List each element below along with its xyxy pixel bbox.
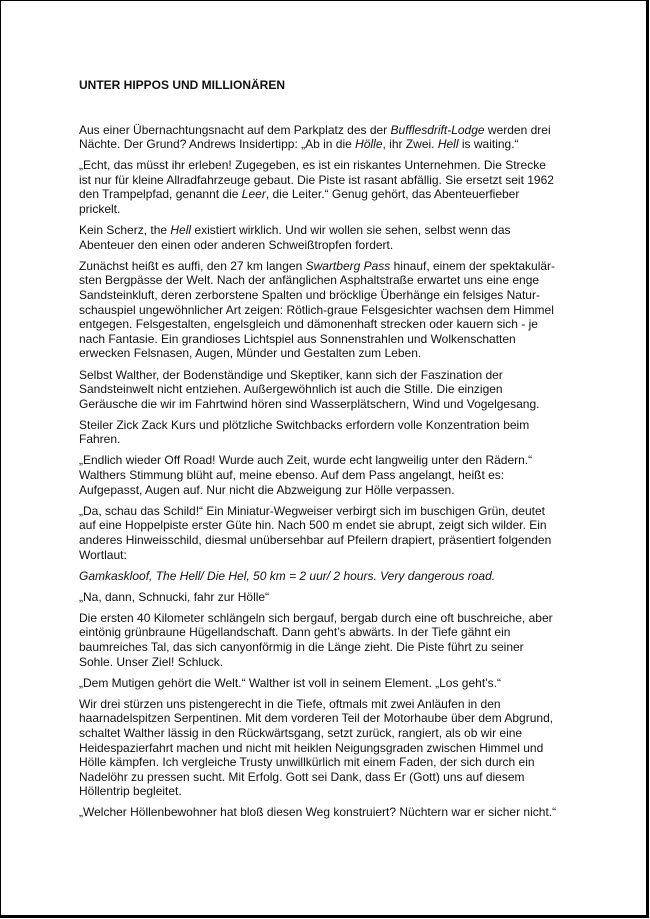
text-segment: , ihr Zwei. [383, 137, 438, 151]
italic-text-segment: Swartberg Pass [306, 259, 391, 273]
paragraph: „Echt, das müsst ihr erleben! Zugegeben,… [79, 158, 559, 216]
italic-text-segment: Bufflesdrift-Lodge [391, 123, 485, 137]
italic-text-segment: Hell [170, 223, 191, 237]
paragraph: Zunächst heißt es auffi, den 27 km lange… [79, 259, 559, 361]
paragraph: „Na, dann, Schnucki, fahr zur Hölle“ [79, 590, 559, 605]
document-page: UNTER HIPPOS UND MILLIONÄREN Aus einer Ü… [0, 0, 649, 918]
italic-text-segment: Hell [438, 137, 459, 151]
document-content: UNTER HIPPOS UND MILLIONÄREN Aus einer Ü… [79, 78, 559, 827]
text-segment: „Endlich wieder Off Road! Wurde auch Zei… [79, 453, 532, 496]
text-segment: „Dem Mutigen gehört die Welt.“ Walther i… [79, 676, 501, 690]
paragraph: „Da, schau das Schild!“ Ein Miniatur-Weg… [79, 504, 559, 562]
text-segment: Die ersten 40 Kilometer schlängeln sich … [79, 611, 553, 669]
document-title: UNTER HIPPOS UND MILLIONÄREN [79, 78, 559, 93]
paragraph-list: Aus einer Übernachtungsnacht auf dem Par… [79, 123, 559, 820]
text-segment: Zunächst heißt es auffi, den 27 km lange… [79, 259, 306, 273]
paragraph: Steiler Zick Zack Kurs und plötzliche Sw… [79, 418, 559, 447]
text-segment: is waiting.“ [459, 137, 519, 151]
paragraph: Wir drei stürzen uns pistengerecht in di… [79, 697, 559, 799]
text-segment: Wir drei stürzen uns pistengerecht in di… [79, 697, 553, 799]
text-segment: „Na, dann, Schnucki, fahr zur Hölle“ [79, 590, 269, 604]
paragraph: „Endlich wieder Off Road! Wurde auch Zei… [79, 453, 559, 497]
text-segment: Kein Scherz, the [79, 223, 170, 237]
paragraph: Gamkaskloof, The Hell/ Die Hel, 50 km = … [79, 569, 559, 584]
italic-text-segment: Hölle [355, 137, 382, 151]
text-segment: „Welcher Höllenbewohner hat bloß diesen … [79, 805, 556, 819]
text-segment: „Da, schau das Schild!“ Ein Miniatur-Weg… [79, 504, 551, 562]
paragraph: Die ersten 40 Kilometer schlängeln sich … [79, 611, 559, 669]
text-segment: Selbst Walther, der Bodenständige und Sk… [79, 368, 539, 411]
paragraph: „Welcher Höllenbewohner hat bloß diesen … [79, 805, 559, 820]
text-segment: hinauf, einem der spektakulär-sten Bergp… [79, 259, 555, 361]
italic-text-segment: Leer [242, 187, 266, 201]
paragraph: Kein Scherz, the Hell existiert wirklich… [79, 223, 559, 252]
italic-text-segment: Gamkaskloof, The Hell/ Die Hel, 50 km = … [79, 569, 495, 583]
paragraph: „Dem Mutigen gehört die Welt.“ Walther i… [79, 676, 559, 691]
paragraph: Selbst Walther, der Bodenständige und Sk… [79, 368, 559, 412]
text-segment: Aus einer Übernachtungsnacht auf dem Par… [79, 123, 391, 137]
paragraph: Aus einer Übernachtungsnacht auf dem Par… [79, 123, 559, 152]
text-segment: Steiler Zick Zack Kurs und plötzliche Sw… [79, 418, 529, 447]
